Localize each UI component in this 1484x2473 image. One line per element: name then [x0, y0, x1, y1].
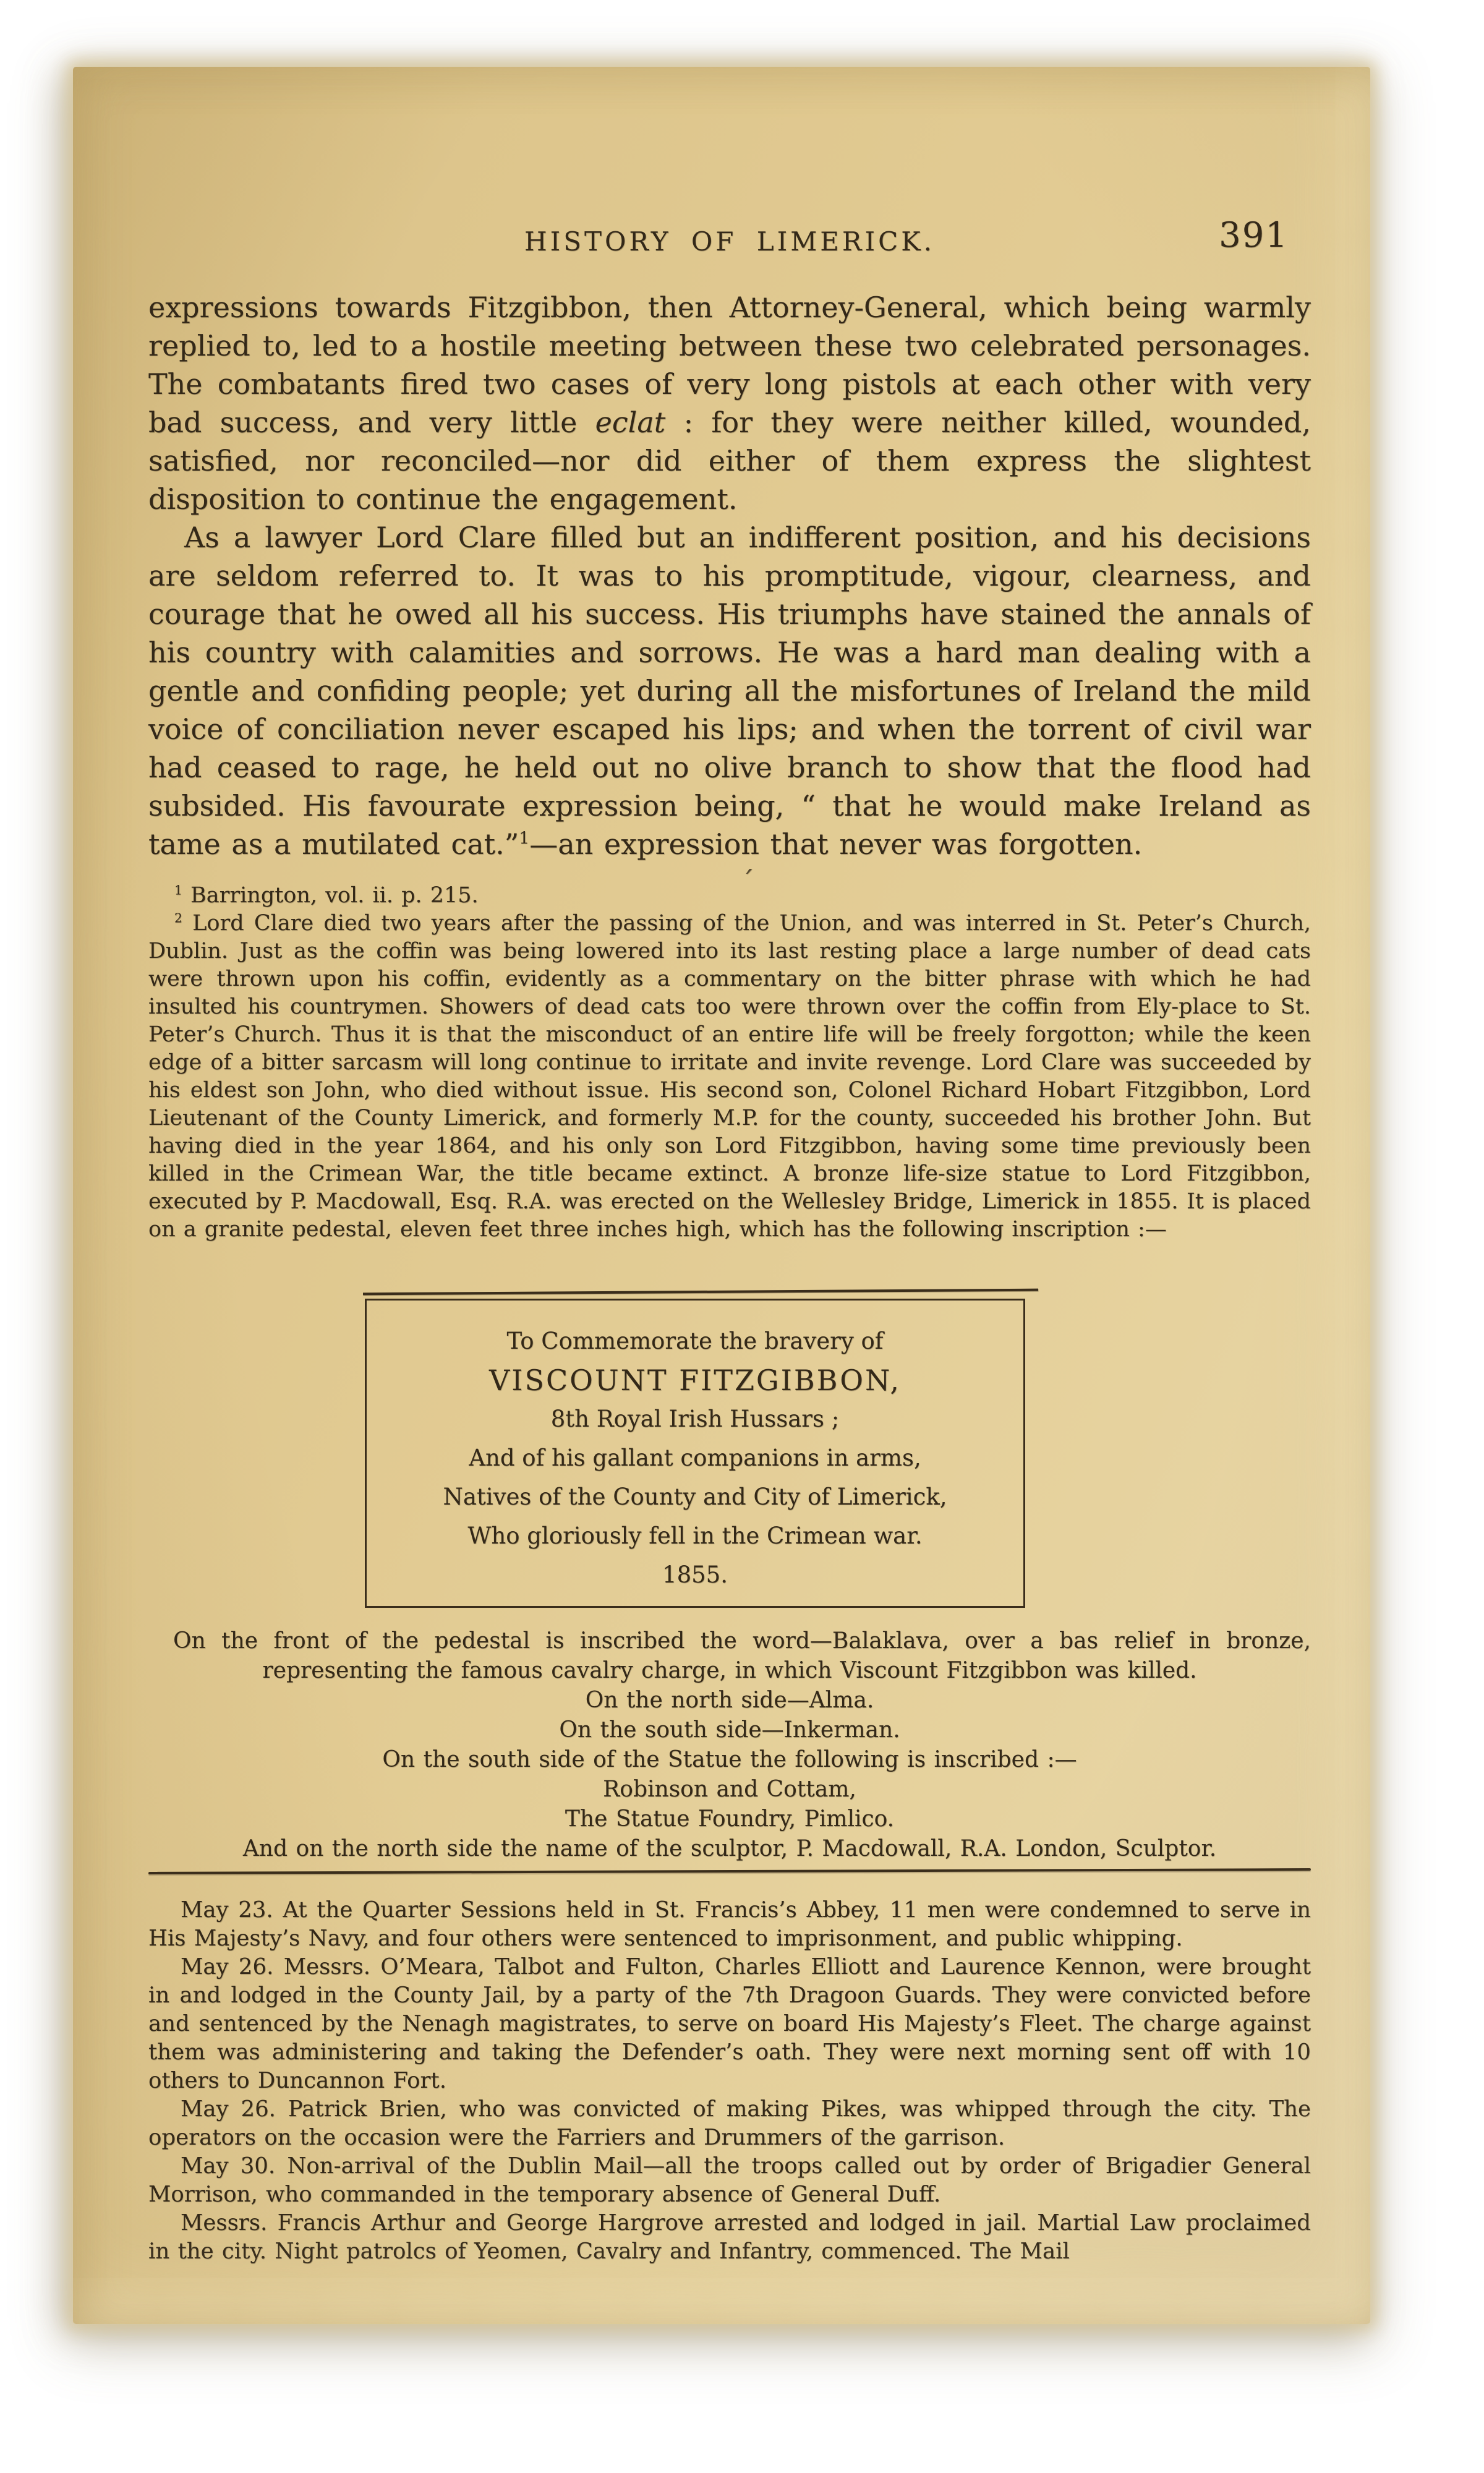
paragraph-lord-clare-text: As a lawyer Lord Clare filled but an ind…: [148, 521, 1311, 861]
footnote-lord-clare-text: Lord Clare died two years after the pass…: [148, 911, 1311, 1242]
book-page: HISTORY OF LIMERICK. 391 expressions tow…: [73, 67, 1370, 2324]
main-text: expressions towards Fitzgibbon, then Att…: [148, 288, 1311, 863]
inscription-line: 8th Royal Irish Hussars ;: [370, 1407, 1020, 1432]
running-title: HISTORY OF LIMERICK.: [524, 226, 935, 257]
page-number: 391: [1219, 215, 1289, 255]
inscription-line: Natives of the County and City of Limeri…: [370, 1485, 1020, 1510]
italic-word: eclat: [595, 406, 666, 439]
paragraph-lord-clare-text-cont: —an expression that never was forgotten.: [529, 827, 1142, 861]
footnote-lord-clare: 2 Lord Clare died two years after the pa…: [148, 910, 1311, 1244]
inscription-line-viscount: VISCOUNT FITZGIBBON,: [370, 1368, 1020, 1393]
inscription-box: To Commemorate the bravery of VISCOUNT F…: [365, 1299, 1025, 1608]
footnote-marker-2: 2: [174, 910, 182, 925]
entry-may-26-whipping: May 26. Patrick Brien, who was convicted…: [148, 2095, 1311, 2152]
pedestal-front-note: On the front of the pedestal is inscribe…: [148, 1626, 1311, 1686]
footnote-reference-1: 1: [519, 829, 529, 848]
statue-south-note: On the south side of the Statue the foll…: [148, 1745, 1311, 1775]
foundry-name: Robinson and Cottam,: [148, 1775, 1311, 1805]
paragraph-duel: expressions towards Fitzgibbon, then Att…: [148, 288, 1311, 518]
footnotes-block: 1 Barrington, vol. ii. p. 215. 2 Lord Cl…: [148, 882, 1311, 1244]
paragraph-lord-clare: As a lawyer Lord Clare filled but an ind…: [148, 518, 1311, 863]
sculptor-note: And on the north side the name of the sc…: [148, 1834, 1311, 1864]
entry-martial-law: Messrs. Francis Arthur and George Hargro…: [148, 2209, 1311, 2266]
entry-may-23: May 23. At the Quarter Sessions held in …: [148, 1896, 1311, 1953]
page-header: HISTORY OF LIMERICK. 391: [148, 226, 1311, 257]
pedestal-north-note: On the north side—Alma.: [148, 1686, 1311, 1715]
pedestal-notes: On the front of the pedestal is inscribe…: [148, 1626, 1311, 1864]
footnote-barrington: 1 Barrington, vol. ii. p. 215.: [148, 882, 1311, 910]
scan-background: HISTORY OF LIMERICK. 391 expressions tow…: [0, 0, 1484, 2473]
footnote-barrington-text: Barrington, vol. ii. p. 215.: [182, 883, 479, 908]
inscription-line-year: 1855.: [370, 1563, 1020, 1587]
footnote-marker-1: 1: [174, 882, 182, 897]
entry-may-26-jail: May 26. Messrs. O’Meara, Talbot and Fult…: [148, 1953, 1311, 2095]
pedestal-south-note: On the south side—Inkerman.: [148, 1715, 1311, 1745]
entry-may-30: May 30. Non-arrival of the Dublin Mail—a…: [148, 2152, 1311, 2209]
inscription-line: To Commemorate the bravery of: [370, 1329, 1020, 1354]
chronicle-entries: May 23. At the Quarter Sessions held in …: [148, 1896, 1311, 2266]
section-divider: [148, 1868, 1311, 1874]
inscription-line: Who gloriously fell in the Crimean war.: [370, 1524, 1020, 1548]
inscription-line: And of his gallant companions in arms,: [370, 1446, 1020, 1471]
foundry-address: The Statue Foundry, Pimlico.: [148, 1805, 1311, 1834]
